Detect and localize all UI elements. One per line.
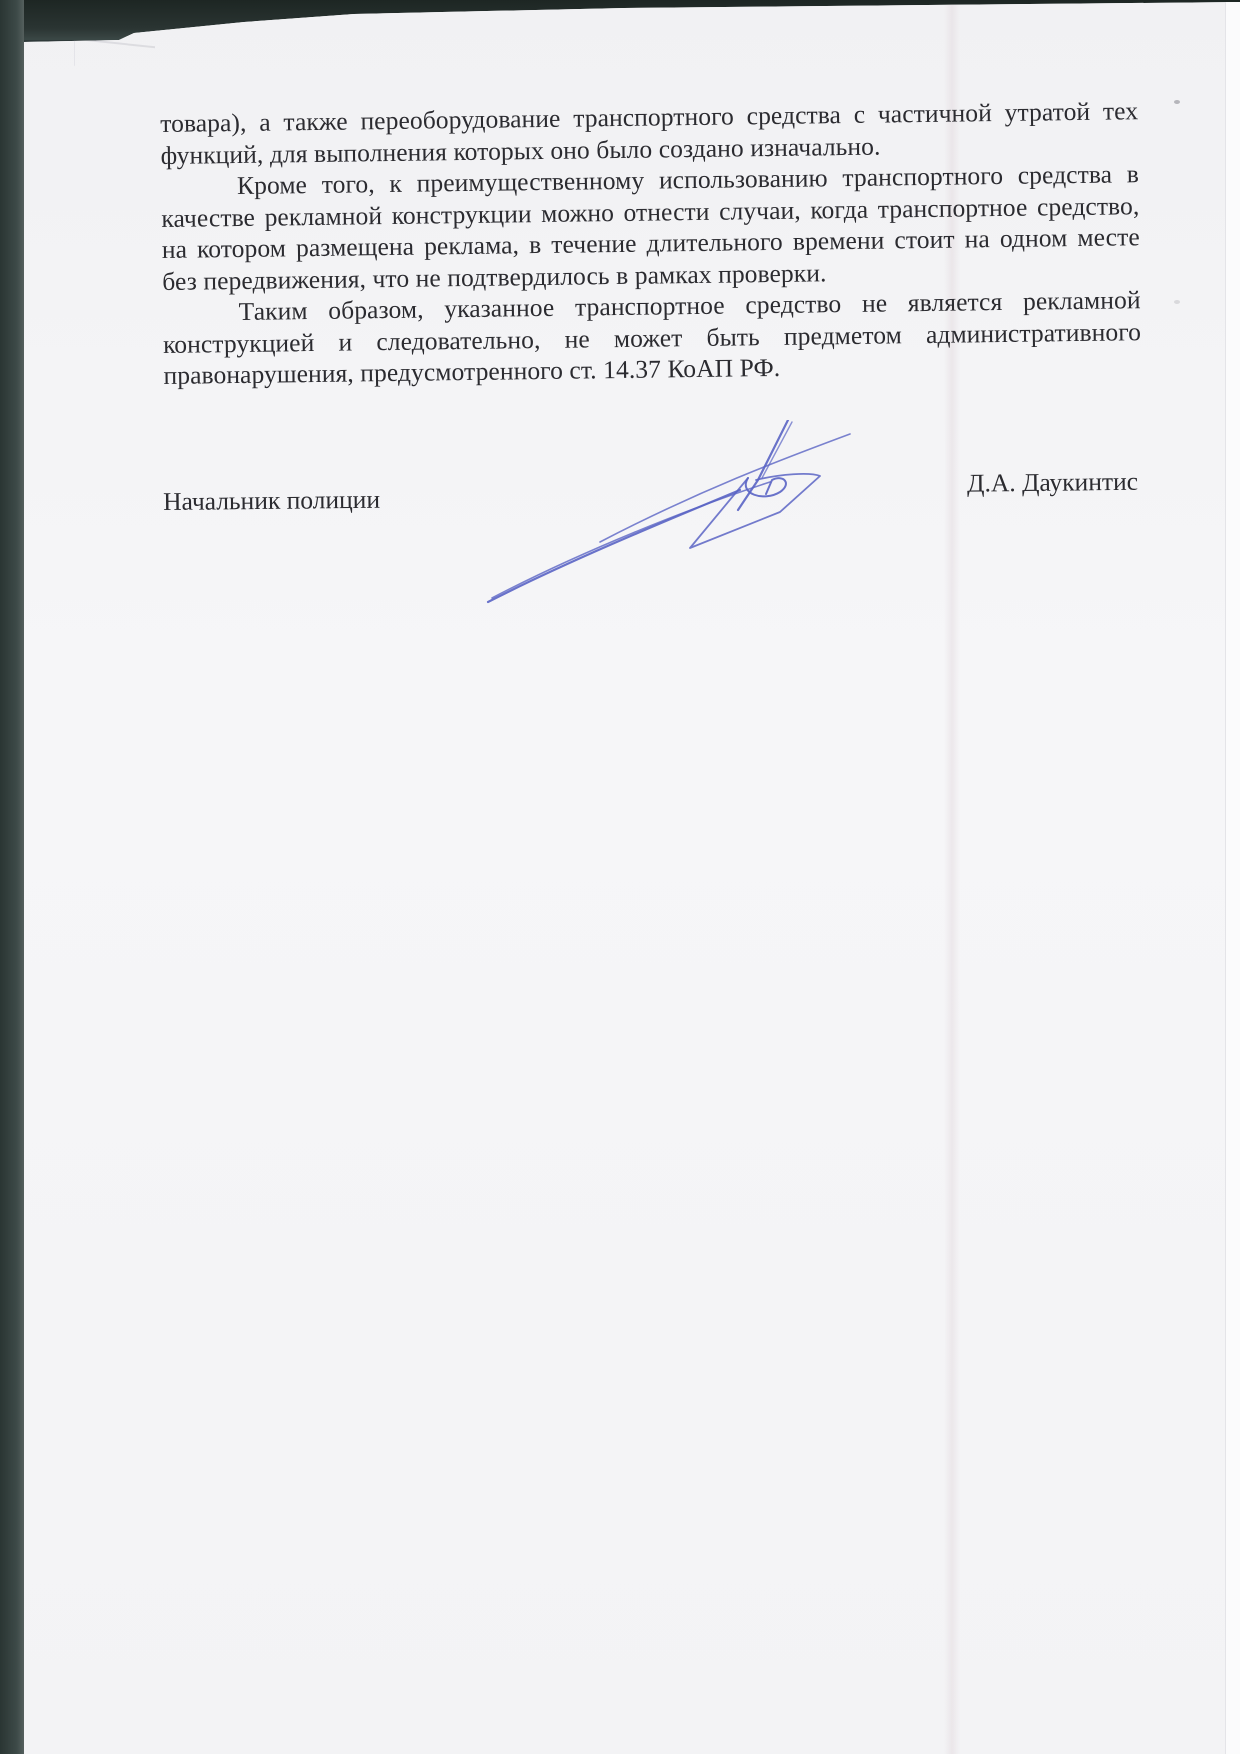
page-right-margin (1225, 0, 1240, 1754)
paragraph-advertising-use: Кроме того, к преимущественному использо… (161, 158, 1141, 297)
scanner-background-left (0, 0, 24, 1754)
scan-smudge (1174, 300, 1180, 304)
scan-smudge (1174, 100, 1180, 104)
document-body: товара), а также переоборудование трансп… (160, 95, 1142, 391)
signer-title: Начальник полиции (163, 485, 380, 517)
signer-name: Д.А. Даукинтис (967, 467, 1138, 499)
paragraph-conclusion: Таким образом, указанное транспортное ср… (162, 284, 1141, 391)
torn-corner-mark (74, 38, 155, 75)
